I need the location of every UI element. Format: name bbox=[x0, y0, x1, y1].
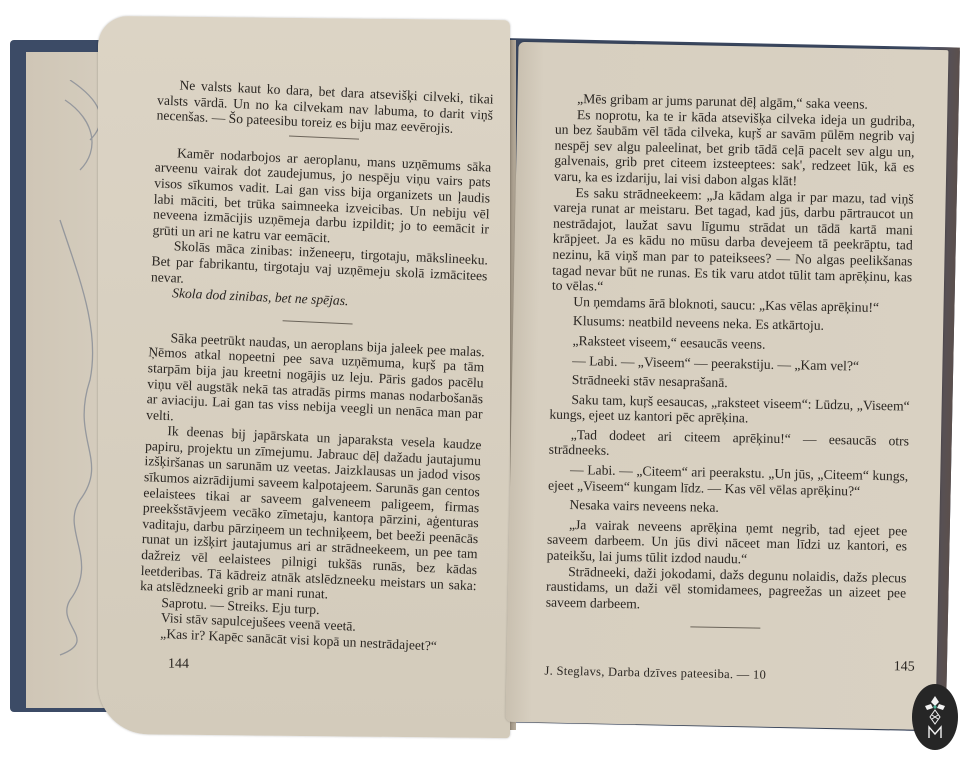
section-divider bbox=[690, 627, 760, 629]
page-number-left: 144 bbox=[168, 657, 189, 673]
paragraph: Es saku strādneekeem: „Ja kādam alga ir … bbox=[552, 184, 914, 300]
page-number-right: 145 bbox=[893, 659, 914, 675]
paragraph: Saku tam, kuŗš eesaucas, „raksteet visee… bbox=[549, 391, 910, 429]
paragraph: „Raksteet viseem,“ eesaucās veens. bbox=[551, 333, 911, 356]
page-145: „Mēs gribam ar jums parunat dēļ algām,“ … bbox=[506, 42, 949, 730]
paragraph: Ne valsts kaut ko dara, bet dara atseviš… bbox=[156, 76, 493, 138]
paragraph: Ik deenas bij japārskata un japaraksta v… bbox=[140, 422, 482, 609]
paragraph: „Ja vairak neveens aprēķina ņemt negrib,… bbox=[547, 516, 908, 570]
paragraph: Strādneeki stāv nesaprašanā. bbox=[550, 372, 910, 395]
page-145-text: „Mēs gribam ar jums parunat dēļ algām,“ … bbox=[545, 91, 915, 646]
paragraph: Strādneeki, daži jokodami, dažs degunu n… bbox=[546, 563, 907, 617]
page-footer-signature: J. Steglavs, Darba dzīves pateesiba. — 1… bbox=[544, 664, 766, 683]
book-photo: Ne valsts kaut ko dara, bet dara atseviš… bbox=[0, 0, 973, 768]
paragraph: Es noprotu, ka te ir kāda atsevišķa cilv… bbox=[554, 106, 915, 191]
section-divider bbox=[289, 135, 359, 139]
paragraph: Klusums: neatbild neveens neka. Es atkār… bbox=[551, 313, 911, 336]
paragraph: — Labi. — „Citeem“ ari peerakstu. „Un jū… bbox=[548, 462, 909, 500]
paragraph: — Labi. — „Viseem“ — peerakstiju. — „Kam… bbox=[550, 352, 910, 375]
page-144: Ne valsts kaut ko dara, bet dara atseviš… bbox=[98, 16, 510, 738]
section-divider bbox=[283, 320, 353, 324]
ornament-glyph-icon bbox=[920, 694, 950, 740]
page-144-text: Ne valsts kaut ko dara, bet dara atseviš… bbox=[138, 76, 493, 655]
paragraph: Nesaka vairs neveens neka. bbox=[548, 497, 908, 520]
paragraph: Sāka peetrūkt naudas, un aeroplans bija … bbox=[146, 329, 485, 438]
ornament-logo-icon bbox=[912, 684, 958, 750]
paragraph: Kamēr nodarbojos ar aeroplanu, mans uzņē… bbox=[152, 144, 491, 253]
paragraph: „Tad dodeet ari citeem aprēķinu!“ — eesa… bbox=[549, 426, 910, 464]
